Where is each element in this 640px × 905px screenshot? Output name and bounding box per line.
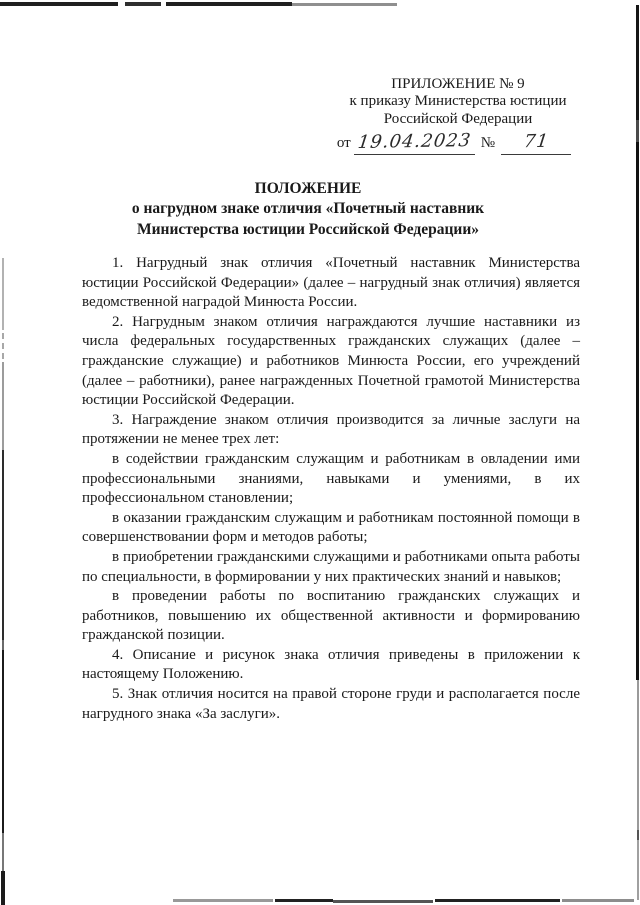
body-paragraph: 3. Награждение знаком отличия производит… bbox=[82, 411, 580, 450]
scan-edge-bottom bbox=[435, 899, 560, 902]
order-reference-line2: Российской Федерации bbox=[342, 111, 574, 128]
scan-edge-right bbox=[636, 5, 639, 120]
scan-edge-top bbox=[292, 3, 397, 6]
scan-edge-left bbox=[2, 640, 4, 650]
document-title: ПОЛОЖЕНИЕ о нагрудном знаке отличия «Поч… bbox=[82, 179, 534, 240]
scan-edge-bottom bbox=[333, 900, 433, 903]
body-paragraph: в оказании гражданским служащим и работн… bbox=[82, 509, 580, 548]
from-label: от bbox=[337, 135, 351, 151]
document-page: ПРИЛОЖЕНИЕ № 9 к приказу Министерства юс… bbox=[0, 0, 640, 905]
scan-edge-left bbox=[2, 353, 4, 359]
scan-edge-bottom bbox=[173, 899, 273, 902]
body-paragraph: в проведении работы по воспитанию гражда… bbox=[82, 587, 580, 646]
date-underline: 19.04.2023 bbox=[354, 132, 475, 155]
scan-edge-top bbox=[166, 2, 292, 6]
scan-edge-left bbox=[2, 362, 4, 450]
scan-edge-right bbox=[637, 680, 639, 830]
document-body: 1. Нагрудный знак отличия «Почетный наст… bbox=[82, 254, 580, 724]
body-paragraph: 1. Нагрудный знак отличия «Почетный наст… bbox=[82, 254, 580, 313]
number-underline: 71 bbox=[501, 132, 571, 155]
title-line2: о нагрудном знаке отличия «Почетный наст… bbox=[82, 199, 534, 219]
scan-edge-bottom bbox=[562, 899, 634, 902]
scan-edge-left bbox=[2, 833, 4, 871]
scan-edge-right bbox=[636, 120, 639, 142]
body-paragraph: в содействии гражданским служащим и рабо… bbox=[82, 450, 580, 509]
date-handwritten: 19.04.2023 bbox=[356, 131, 472, 152]
number-handwritten: 71 bbox=[522, 132, 549, 151]
body-paragraph: 2. Нагрудным знаком отличия награждаются… bbox=[82, 313, 580, 411]
appendix-header: ПРИЛОЖЕНИЕ № 9 к приказу Министерства юс… bbox=[342, 76, 574, 155]
date-number-line: от19.04.2023№71 bbox=[334, 131, 574, 155]
body-paragraph: в приобретении гражданскими служащими и … bbox=[82, 548, 580, 587]
scan-edge-left bbox=[2, 450, 4, 640]
scan-edge-left bbox=[2, 343, 4, 349]
scan-edge-right bbox=[636, 142, 639, 680]
scan-edge-right bbox=[637, 840, 639, 900]
scan-edge-right bbox=[637, 830, 639, 840]
title-line3: Министерства юстиции Российской Федераци… bbox=[82, 220, 534, 240]
appendix-label: ПРИЛОЖЕНИЕ № 9 bbox=[342, 76, 574, 93]
scan-edge-top bbox=[125, 2, 161, 6]
body-paragraph: 5. Знак отличия носится на правой сторон… bbox=[82, 685, 580, 724]
scan-edge-bottom bbox=[275, 899, 333, 902]
number-label: № bbox=[481, 135, 495, 151]
body-paragraph: 4. Описание и рисунок знака отличия прив… bbox=[82, 646, 580, 685]
scan-edge-left bbox=[2, 333, 4, 339]
scan-edge-left bbox=[2, 650, 4, 833]
scan-edge-left bbox=[2, 258, 4, 330]
title-line1: ПОЛОЖЕНИЕ bbox=[82, 179, 534, 199]
scan-edge-left bbox=[1, 871, 5, 905]
scan-edge-top bbox=[0, 2, 118, 6]
order-reference-line1: к приказу Министерства юстиции bbox=[342, 93, 574, 110]
